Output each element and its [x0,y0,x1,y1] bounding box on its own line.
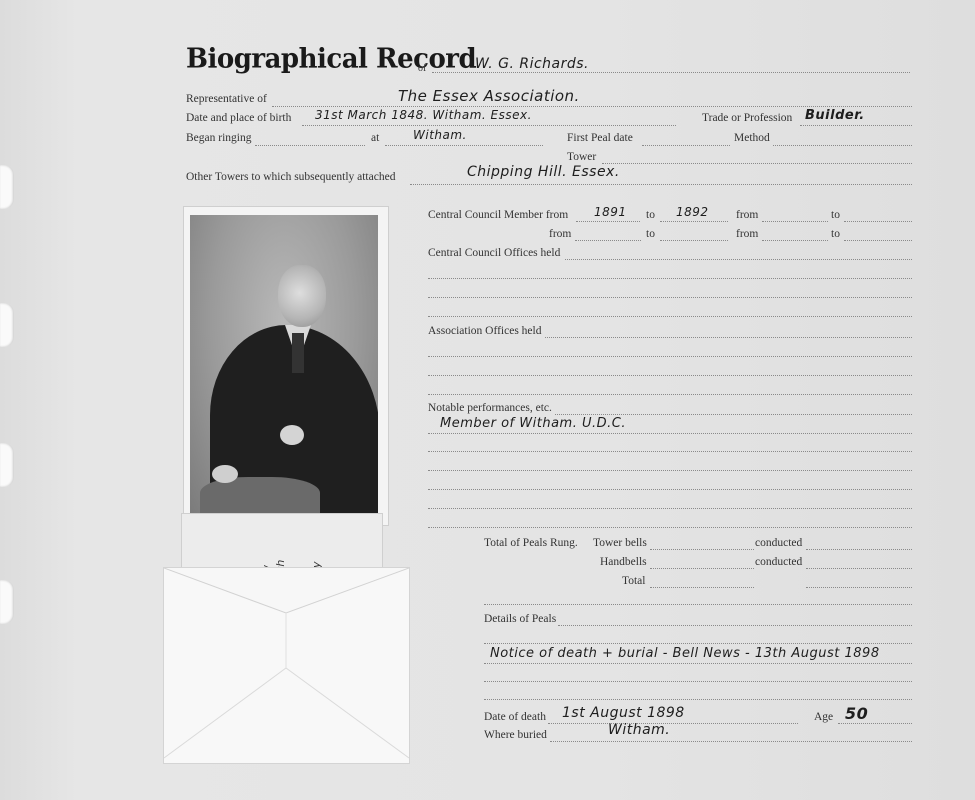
council-from4-label: from [736,228,758,240]
portrait-photo [190,215,378,513]
tower-bells-line [650,549,754,550]
began-ringing-line [255,145,365,146]
birth-line [302,125,676,126]
council-to2-label: to [831,209,840,221]
blank-line [428,508,912,509]
details-peals-value[interactable]: Notice of death + burial - Bell News - 1… [490,646,880,661]
tower-label: Tower [567,151,596,163]
council-to4-line [844,240,912,241]
portrait-hand [280,425,304,445]
name-value[interactable]: W. G. Richards. [475,56,589,72]
other-towers-line [410,184,912,185]
where-buried-line [550,741,912,742]
trade-value[interactable]: Builder. [805,108,865,123]
birth-label: Date and place of birth [186,112,291,124]
council-to1-value[interactable]: 1892 [676,205,709,219]
blank-line [428,278,912,279]
first-peal-line [642,145,730,146]
age-line [838,723,912,724]
where-buried-value[interactable]: Witham. [608,722,670,738]
other-towers-value[interactable]: Chipping Hill. Essex. [467,164,620,180]
blank-line [428,316,912,317]
representative-value[interactable]: The Essex Association. [398,87,580,105]
date-of-death-line [548,723,798,724]
punch-hole [0,165,14,209]
handbells-line [650,568,754,569]
notable-line [555,414,912,415]
details-peals-line [558,625,912,626]
tower-conducted-label: conducted [755,537,802,549]
association-offices-label: Association Offices held [428,325,541,337]
representative-line [272,106,912,107]
council-offices-label: Central Council Offices held [428,247,560,259]
council-from1-value[interactable]: 1891 [594,205,627,219]
tower-bells-label: Tower bells [593,537,647,549]
age-label: Age [814,711,833,723]
tower-conducted-line [806,549,912,550]
blank-line [428,470,912,471]
handbells-conducted-line [806,568,912,569]
punch-hole [0,303,14,347]
portrait-tie [292,333,304,373]
notable-label: Notable performances, etc. [428,402,552,414]
council-from2-label: from [736,209,758,221]
association-offices-line [545,337,912,338]
blank-line [428,451,912,452]
blank-line [428,375,912,376]
council-from3-line [575,240,641,241]
handbells-label: Handbells [600,556,647,568]
punch-hole [0,580,14,624]
name-line [432,72,910,73]
council-to3-line [660,240,728,241]
representative-label: Representative of [186,93,267,105]
blank-line [428,527,912,528]
council-from3-label: from [549,228,571,240]
council-to1-label: to [646,209,655,221]
trade-line [800,125,912,126]
council-to3-label: to [646,228,655,240]
notable-value[interactable]: Member of Witham. U.D.C. [440,416,626,431]
record-page: Biographical Record of W. G. Richards. R… [0,0,975,800]
trade-label: Trade or Profession [702,112,792,124]
council-to1-line [660,221,728,222]
method-line [773,145,912,146]
total-conducted-line [806,587,912,588]
birth-value[interactable]: 31st March 1848. Witham. Essex. [315,108,532,122]
blank-line [428,297,912,298]
council-from1-line [576,221,640,222]
date-of-death-label: Date of death [484,711,546,723]
envelope-flap-lines [164,568,409,763]
at-line [385,145,543,146]
total-line [650,587,754,588]
punch-hole [0,443,14,487]
record-title: Biographical Record [186,43,476,75]
portrait-head [278,265,326,327]
age-value[interactable]: 50 [845,704,868,723]
portrait-lap [200,477,320,513]
council-member-label: Central Council Member from [428,209,568,221]
first-peal-label: First Peal date [567,132,633,144]
at-value[interactable]: Witham. [413,128,467,142]
council-to4-label: to [831,228,840,240]
of-label: of [418,63,426,74]
blank-line [428,489,912,490]
date-of-death-value[interactable]: 1st August 1898 [562,705,685,721]
blank-line [484,681,912,682]
total-peals-label: Total of Peals Rung. [484,537,578,549]
council-from2-line [762,221,828,222]
details-peals-label: Details of Peals [484,613,556,625]
blank-line [484,643,912,644]
tower-line [602,163,912,164]
blank-line [484,604,912,605]
where-buried-label: Where buried [484,729,547,741]
other-towers-label: Other Towers to which subsequently attac… [186,171,395,183]
blank-line [484,699,912,700]
method-label: Method [734,132,770,144]
began-ringing-label: Began ringing [186,132,251,144]
envelope[interactable] [163,567,410,764]
council-to2-line [844,221,912,222]
portrait-hand [212,465,238,483]
handbells-conducted-label: conducted [755,556,802,568]
council-offices-line [565,259,912,260]
total-label: Total [622,575,645,587]
council-from4-line [762,240,828,241]
details-value-line [484,663,912,664]
at-label: at [371,132,379,144]
blank-line [428,394,912,395]
notable-value-line [428,433,912,434]
blank-line [428,356,912,357]
